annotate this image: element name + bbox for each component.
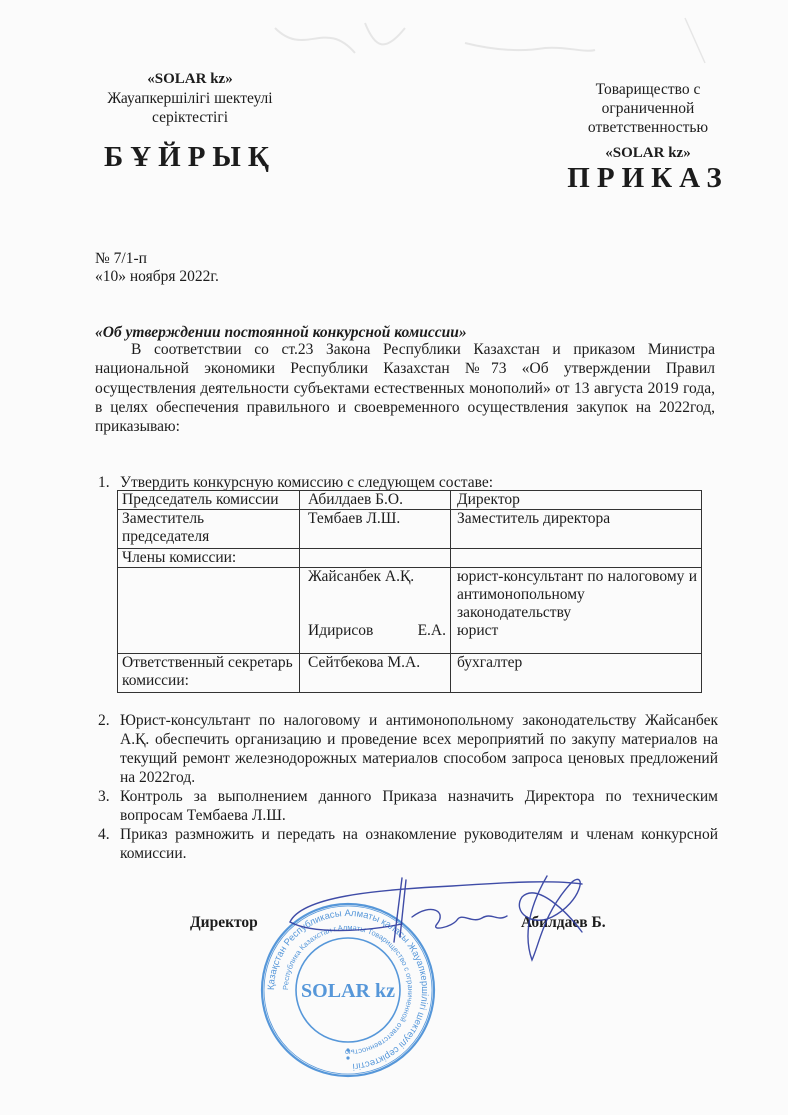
order-item: 3. Контроль за выполнением данного Прика… <box>98 787 718 825</box>
org-type-kz-line2: серіктестігі <box>70 108 310 127</box>
table-cell-name <box>300 549 451 568</box>
table-cell-position: Заместитель директора <box>451 510 702 549</box>
item-number: 3. <box>98 787 120 825</box>
table-cell-position: бухгалтер <box>451 654 702 693</box>
item-number: 2. <box>98 711 120 787</box>
order-items: 2. Юрист-консультант по налоговому и ант… <box>98 711 718 863</box>
signatory-title: Директор <box>190 914 258 932</box>
table-cell-name: Жайсанбек А.Қ. Идирисов Е.А. <box>300 568 451 654</box>
table-row: Члены комиссии: <box>118 549 702 568</box>
svg-text:SOLAR kz: SOLAR kz <box>301 980 395 1002</box>
item-text: Приказ размножить и передать на ознакомл… <box>120 825 718 863</box>
item-text: Утвердить конкурсную комиссию с следующе… <box>120 474 493 491</box>
doc-type-kz: БҰЙРЫҚ <box>70 141 310 174</box>
table-row: Жайсанбек А.Қ. Идирисов Е.А. юрист-консу… <box>118 568 702 654</box>
commission-table: Председатель комиссии Абилдаев Б.О. Дире… <box>117 490 702 693</box>
header-right: Товарищество с ограниченной ответственно… <box>548 80 748 163</box>
table-cell-name: Тембаев Л.Ш. <box>300 510 451 549</box>
table-cell-position <box>451 549 702 568</box>
table-row: Председатель комиссии Абилдаев Б.О. Дире… <box>118 491 702 510</box>
order-meta: № 7/1-п «10» ноября 2022г. <box>95 250 219 286</box>
table-cell-role: Члены комиссии: <box>118 549 300 568</box>
item-text: Юрист-консультант по налоговому и антимо… <box>120 711 718 787</box>
org-type-ru-line2: ограниченной <box>548 99 748 118</box>
doc-type-ru: ПРИКАЗ <box>538 162 758 195</box>
order-intro: В соответствии со ст.23 Закона Республик… <box>95 340 715 436</box>
org-type-ru-line3: ответственностью <box>548 118 748 137</box>
org-type-ru-line1: Товарищество с <box>548 80 748 99</box>
order-number: № 7/1-п <box>95 250 219 268</box>
order-date: «10» ноября 2022г. <box>95 268 219 286</box>
order-item: 4. Приказ размножить и передать на ознак… <box>98 825 718 863</box>
item-text: Контроль за выполнением данного Приказа … <box>120 787 718 825</box>
table-cell-role: Ответственный секретарь комиссии: <box>118 654 300 693</box>
bleed-through-mark <box>265 8 745 68</box>
member-position: юрист-консультант по налоговому и антимо… <box>457 568 697 622</box>
table-cell-name: Сейтбекова М.А. <box>300 654 451 693</box>
table-cell-role <box>118 568 300 654</box>
org-type-kz-line1: Жауапкершілігі шектеулі <box>70 89 310 108</box>
org-name-kz: «SOLAR kz» <box>70 70 310 89</box>
member-position: юрист <box>457 622 697 640</box>
table-row: Заместитель председателя Тембаев Л.Ш. За… <box>118 510 702 549</box>
signature-icon <box>282 872 602 962</box>
table-cell-position: юрист-консультант по налоговому и антимо… <box>451 568 702 654</box>
order-item: 2. Юрист-консультант по налоговому и ант… <box>98 711 718 787</box>
table-row: Ответственный секретарь комиссии: Сейтбе… <box>118 654 702 693</box>
table-cell-name: Абилдаев Б.О. <box>300 491 451 510</box>
item-number: 4. <box>98 825 120 863</box>
table-cell-role: Председатель комиссии <box>118 491 300 510</box>
document-page: «SOLAR kz» Жауапкершілігі шектеулі серік… <box>0 0 788 1115</box>
table-cell-position: Директор <box>451 491 702 510</box>
table-cell-role: Заместитель председателя <box>118 510 300 549</box>
header-left: «SOLAR kz» Жауапкершілігі шектеулі серік… <box>70 70 310 127</box>
member-name: Жайсанбек А.Қ. <box>308 568 446 586</box>
member-name: Идирисов Е.А. <box>308 622 446 640</box>
org-name-ru: «SOLAR kz» <box>548 144 748 163</box>
